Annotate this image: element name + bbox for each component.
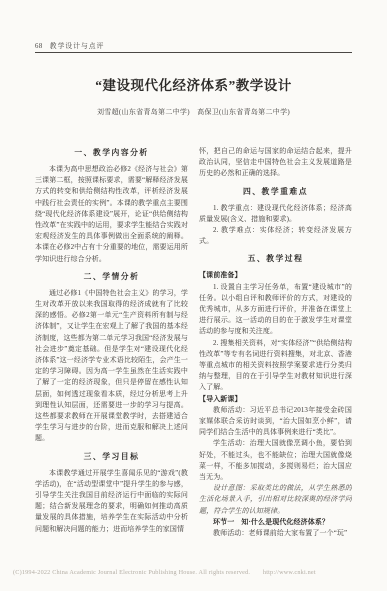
running-head: 68 教学设计与点评: [35, 40, 104, 50]
journal-page: 68 教学设计与点评 “建设现代化经济体系”教学设计 刘雪超(山东省青岛第二中学…: [0, 0, 387, 591]
paragraph-prep-task-2: 2. 搜集相关资料，对“实体经济”“供给侧结构性改革”等专有名词进行资料搜集，对…: [199, 338, 352, 394]
step-one-title: 环节一 知·什么是现代化经济体系？: [199, 517, 352, 528]
header-rule: [35, 52, 352, 53]
section-heading-learning-goals: 三、学习目标: [35, 451, 188, 463]
paragraph-learning-goals: 本课教学通过开展学生喜闻乐见的“游戏”(教学活动)，在“活动型课堂中”提升学生的…: [35, 468, 188, 535]
paragraph-content-analysis: 本课为高中思想政治必修2《经济与社会》第三课第二框，按照课标要求，需要“解释经济…: [35, 164, 188, 265]
label-pre-class-prep: 【课前准备】: [199, 270, 352, 281]
journal-section-label: 教学设计与点评: [50, 40, 105, 50]
paragraph-student-activity-intro: 学生活动：治理大国就像烹调小鱼，要恰到好处，不能过头，也不能缺位；治理大国就像烧…: [199, 438, 352, 483]
section-heading-key-points: 四、教学重难点: [199, 186, 352, 198]
paragraph-key-point: 1. 教学重点：建设现代化经济体系；经济高质量发展(含义、措施和要求)。: [199, 203, 352, 225]
left-column: 一、教学内容分析 本课为高中思想政治必修2《经济与社会》第三课第二框，按照课标要…: [35, 146, 188, 558]
paragraph-design-intent: 设计意图：采取类比的做法，从学生熟悉的生活化场景入手，引出相对比较深奥的经济学问…: [199, 483, 352, 517]
paragraph-step-one-teacher-activity: 教师活动：老师课前给大家布置了一个“玩”: [199, 528, 352, 539]
section-heading-learner-analysis: 二、学情分析: [35, 271, 188, 283]
label-lesson-intro: 【导入新课】: [199, 394, 352, 405]
paragraph-difficult-point: 2. 教学难点：实体经济；转变经济发展方式。: [199, 225, 352, 247]
paragraph-teacher-activity-intro: 教师活动：习近平总书记2013年接受金砖国家媒体联合采访时谈到，“治大国如烹小鲜…: [199, 405, 352, 439]
cnki-copyright-line: (C)1994-2022 China Academic Journal Elec…: [13, 567, 316, 576]
page-number: 68: [35, 43, 43, 50]
author-line: 刘雪超(山东省青岛第二中学) 高保卫(山东省青岛第二中学): [0, 107, 387, 117]
section-heading-content-analysis: 一、教学内容分析: [35, 147, 188, 159]
paragraph-learner-analysis: 通过必修1《中国特色社会主义》的学习，学生对改革开放以来我国取得的经济成就有了比…: [35, 288, 188, 445]
right-column: 怀，把自己的命运与国家的命运结合起来，提升政治认同，坚信走中国特色社会主义发展道…: [199, 146, 352, 558]
paragraph-prep-task-1: 1. 设置自主学习任务单，布置“建设城市”的任务。以小组自评和教师评价的方式，对…: [199, 282, 352, 338]
article-title: “建设现代化经济体系”教学设计: [0, 74, 387, 94]
article-body: 一、教学内容分析 本课为高中思想政治必修2《经济与社会》第三课第二框，按照课标要…: [35, 146, 352, 558]
paragraph-continuation: 怀，把自己的命运与国家的命运结合起来，提升政治认同，坚信走中国特色社会主义发展道…: [199, 146, 352, 180]
section-heading-teaching-process: 五、教学过程: [199, 253, 352, 265]
